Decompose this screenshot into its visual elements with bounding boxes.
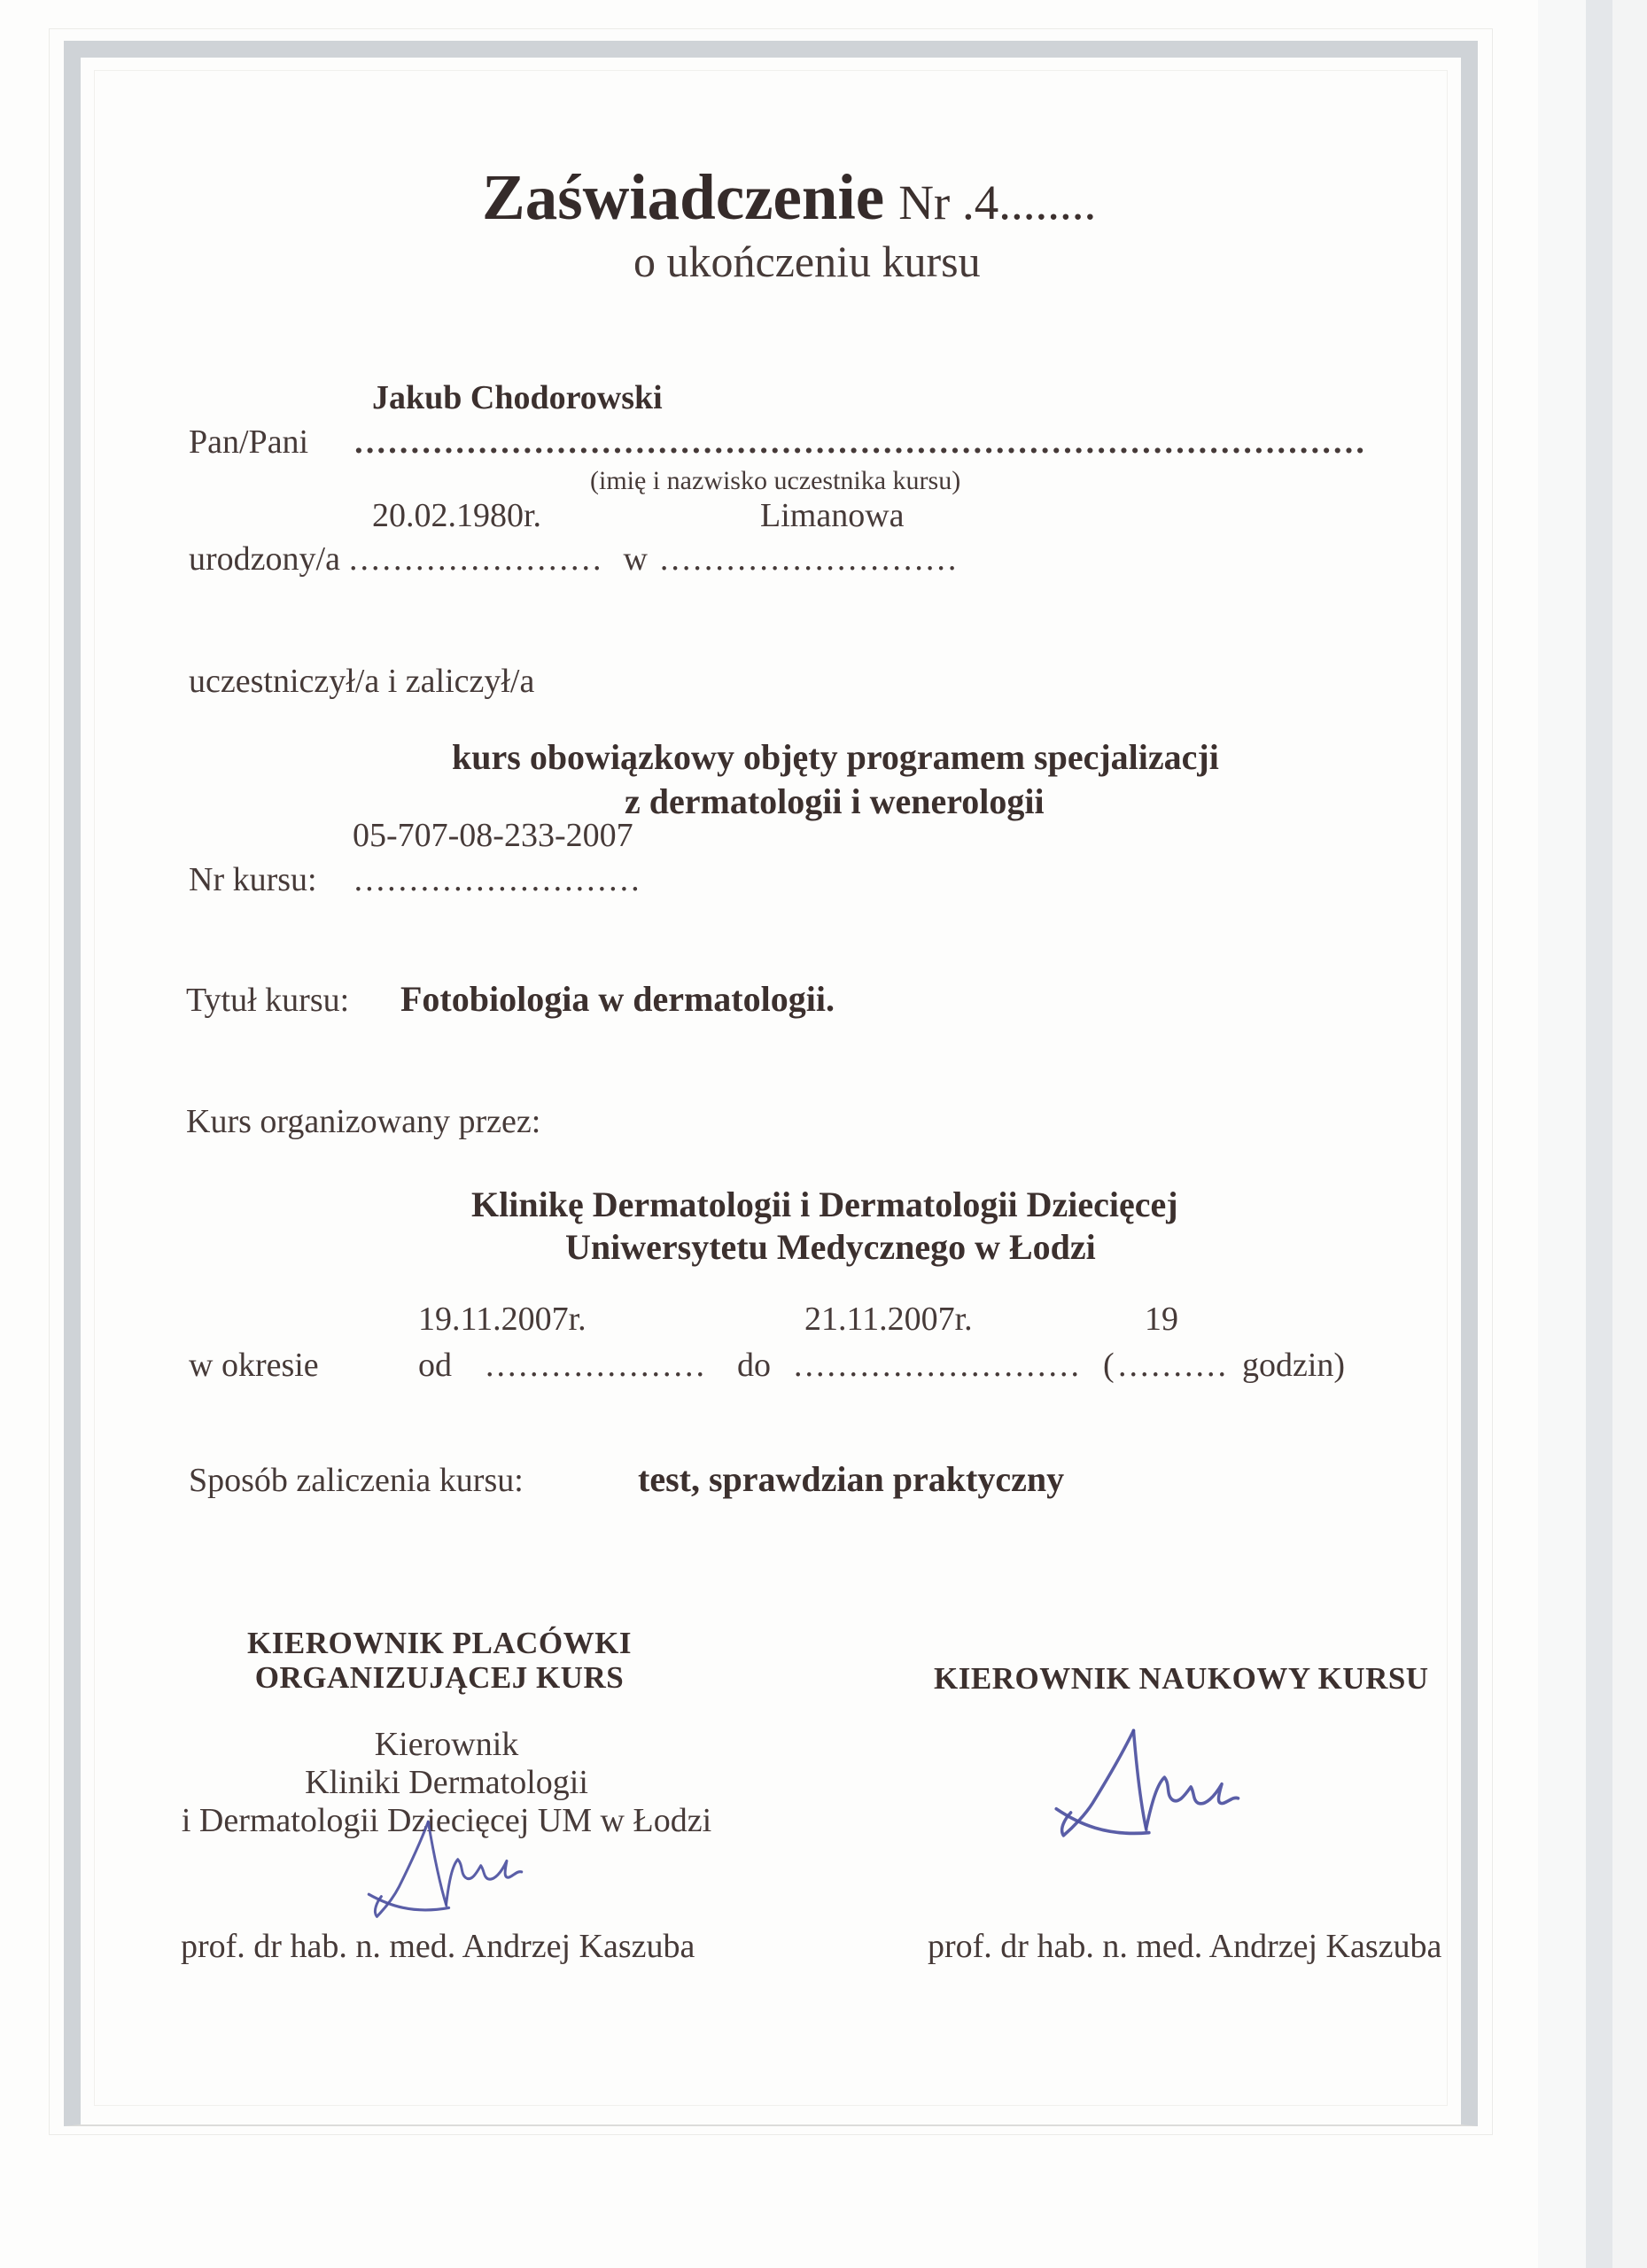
course-type-line2: z dermatologii i wenerologii: [625, 784, 1045, 819]
scan-edge-strip: [1586, 0, 1612, 2268]
signature-ink-right: [1050, 1726, 1254, 1850]
period-to-dotted-line: ..........................: [794, 1348, 1082, 1382]
salutation-label: Pan/Pani: [189, 423, 308, 461]
left-signatory-name: prof. dr hab. n. med. Andrzej Kaszuba: [181, 1930, 695, 1963]
left-org-line1: Kierownik: [177, 1726, 716, 1764]
course-type-line1: kurs obowiązkowy objęty programem specja…: [452, 740, 1219, 775]
course-number-row: Nr kursu:..........................: [189, 863, 642, 897]
right-signatory-header: KIEROWNIK NAUKOWY KURSU: [934, 1663, 1429, 1694]
period-hours-value: 19: [1145, 1302, 1178, 1336]
assessment-label: Sposób zaliczenia kursu:: [189, 1464, 524, 1497]
title-row: ZaświadczenieNr .4........: [482, 165, 1096, 229]
born-in-dotted-line: ...........................: [660, 540, 959, 578]
course-title-label: Tytuł kursu:: [186, 983, 349, 1017]
period-to-label: do: [737, 1348, 771, 1382]
course-number-value: 05-707-08-233-2007: [353, 819, 633, 852]
salutation-dotted-line: ........................................…: [354, 423, 1367, 461]
period-to-date: 21.11.2007r.: [804, 1302, 973, 1336]
scan-edge-right: [1612, 0, 1647, 2268]
born-label: urodzony/a: [189, 540, 340, 578]
period-range-label: w okresie: [189, 1348, 319, 1382]
left-signatory-header: KIEROWNIK PLACÓWKI ORGANIZUJĄCEJ KURS: [213, 1626, 666, 1695]
period-from-label: od: [418, 1348, 452, 1382]
right-signatory-name: prof. dr hab. n. med. Andrzej Kaszuba: [928, 1930, 1441, 1963]
born-row: urodzony/a.......................w......…: [189, 542, 959, 576]
period-hours-close-label: godzin): [1242, 1348, 1345, 1382]
course-number-dotted-line: ..........................: [354, 861, 642, 898]
period-from-dotted-line: ....................: [486, 1348, 707, 1382]
organized-by-label: Kurs organizowany przez:: [186, 1105, 540, 1138]
period-hours-dotted-line: ..........: [1118, 1348, 1229, 1382]
signature-ink-left: [357, 1809, 539, 1930]
certificate-scan: ZaświadczenieNr .4........ o ukończeniu …: [0, 0, 1647, 2268]
salutation-row: Pan/Pani................................…: [189, 425, 1367, 459]
period-hours-open-paren: (: [1103, 1348, 1115, 1382]
participation-line: uczestniczył/a i zaliczył/a: [189, 664, 534, 698]
period-row: w okresie od .................... do ...…: [0, 1348, 1647, 1391]
left-header-line2: ORGANIZUJĄCEJ KURS: [213, 1660, 666, 1695]
birth-place-value: Limanowa: [760, 499, 905, 532]
left-org-line2: Kliniki Dermatologii: [177, 1764, 716, 1802]
organizer-line1: Klinikę Dermatologii i Dermatologii Dzie…: [471, 1187, 1178, 1223]
born-dotted-line: .......................: [349, 540, 604, 578]
period-from-date: 19.11.2007r.: [418, 1302, 587, 1336]
document-title: Zaświadczenie: [482, 161, 884, 233]
participant-name: Jakub Chodorowski: [372, 381, 663, 415]
course-number-label: Nr kursu:: [189, 861, 317, 898]
document-subtitle: o ukończeniu kursu: [633, 239, 981, 283]
left-header-line1: KIEROWNIK PLACÓWKI: [213, 1626, 666, 1660]
organizer-line2: Uniwersytetu Medycznego w Łodzi: [565, 1230, 1096, 1265]
name-caption: (imię i nazwisko uczestnika kursu): [590, 468, 960, 494]
assessment-value: test, sprawdzian praktyczny: [638, 1462, 1064, 1497]
document-number: Nr .4........: [898, 175, 1096, 229]
born-in-label: w: [623, 540, 647, 578]
course-title-value: Fotobiologia w dermatologii.: [400, 982, 835, 1017]
scan-edge-shade: [1538, 0, 1586, 2268]
birth-date-value: 20.02.1980r.: [372, 499, 541, 532]
